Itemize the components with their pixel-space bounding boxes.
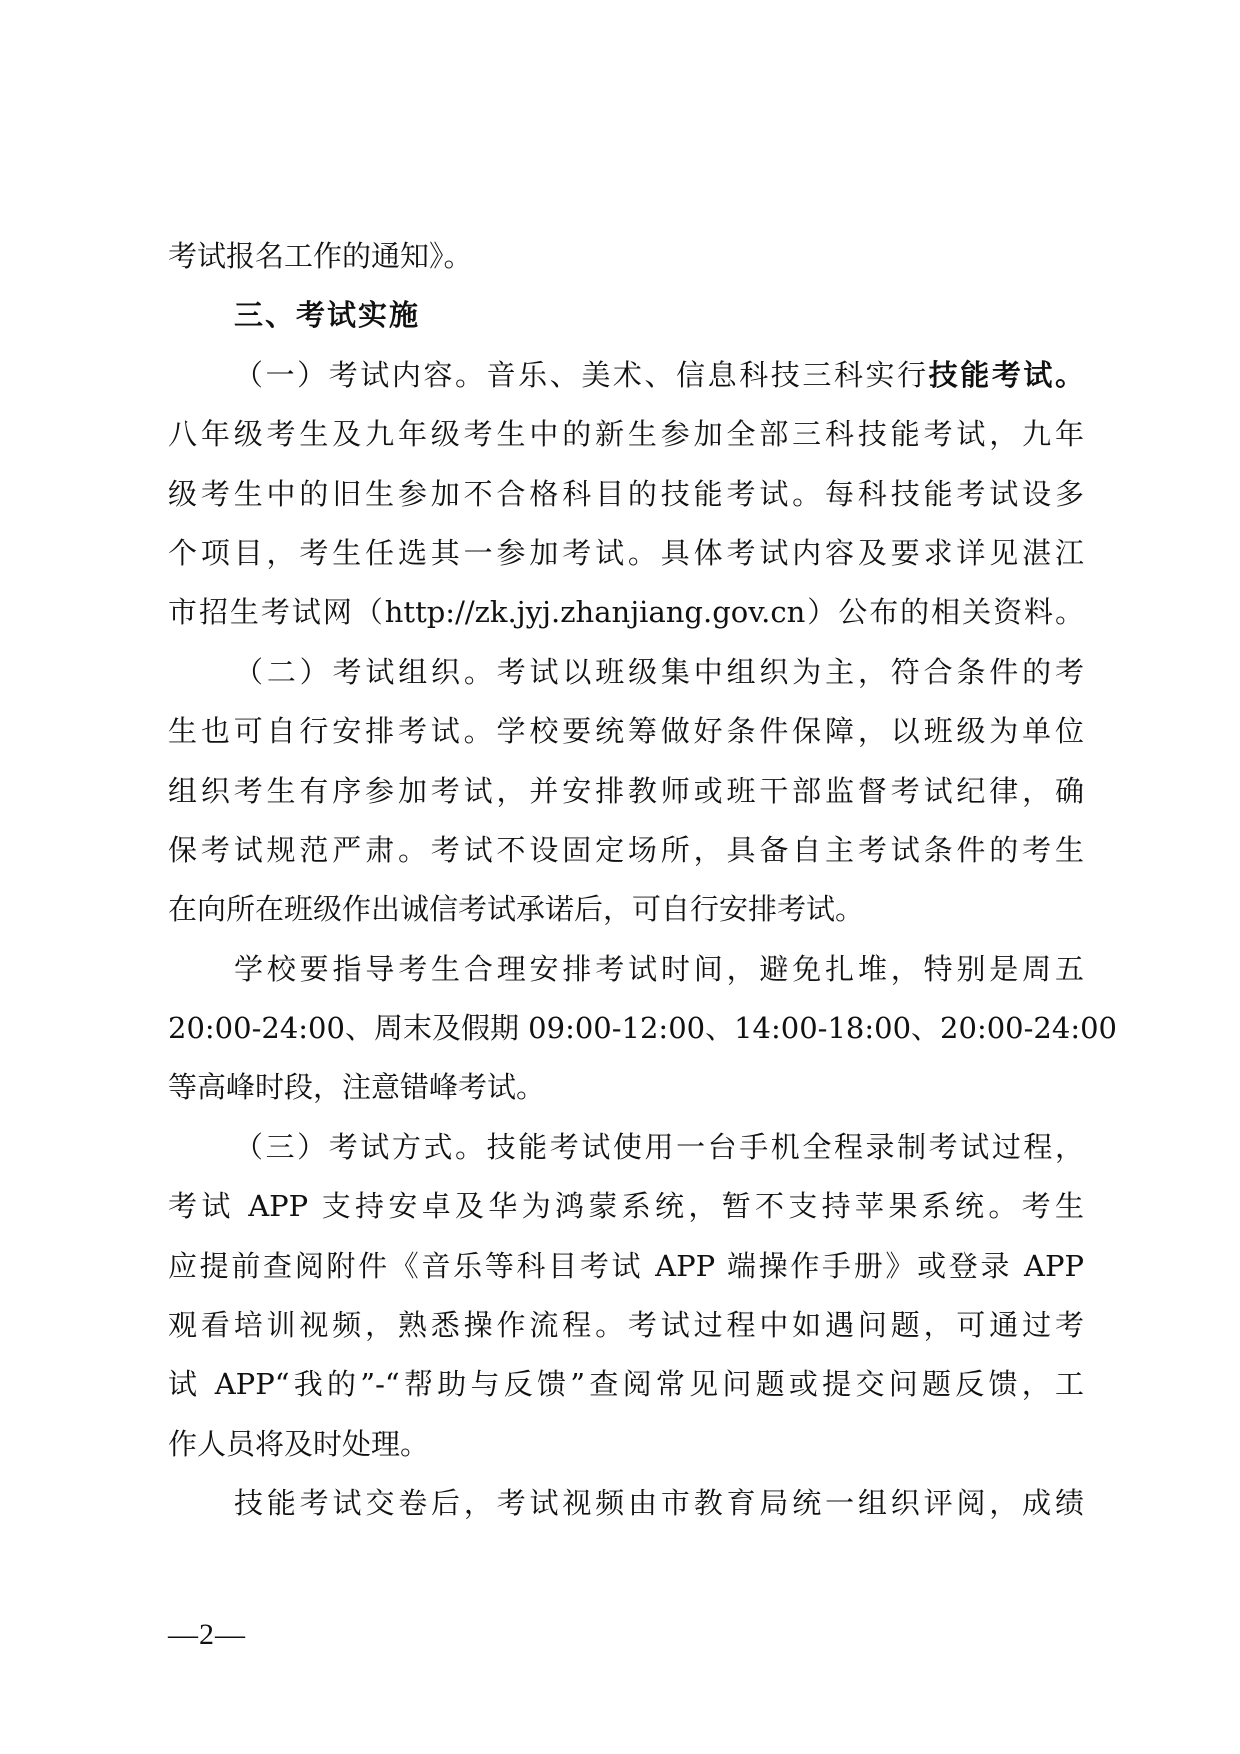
paragraph-line: 保考试规范严肃。考试不设固定场所，具备自主考试条件的考生 — [168, 821, 1084, 880]
paragraph-line-continuation: 考试报名工作的通知》。 — [168, 227, 1084, 286]
paragraph-line: 作人员将及时处理。 — [168, 1415, 1084, 1474]
exam-content-text: （一）考试内容。音乐、美术、信息科技三科实行 — [234, 358, 929, 392]
paragraph-line-schedule: 学校要指导考生合理安排考试时间，避免扎堆，特别是周五 — [168, 940, 1084, 999]
document-body: 考试报名工作的通知》。 三、考试实施 （一）考试内容。音乐、美术、信息科技三科实… — [168, 227, 1084, 1534]
paragraph-line: 生也可自行安排考试。学校要统筹做好条件保障，以班级为单位 — [168, 702, 1084, 761]
paragraph-line: 八年级考生及九年级考生中的新生参加全部三科技能考试，九年 — [168, 405, 1084, 464]
skill-exam-emphasis: 技能考试。 — [929, 358, 1084, 392]
paragraph-line: 个项目，考生任选其一参加考试。具体考试内容及要求详见湛江 — [168, 524, 1084, 583]
paragraph-line-exam-content: （一）考试内容。音乐、美术、信息科技三科实行技能考试。 — [168, 346, 1084, 405]
document-page: 考试报名工作的通知》。 三、考试实施 （一）考试内容。音乐、美术、信息科技三科实… — [0, 0, 1240, 1754]
section-heading: 三、考试实施 — [168, 286, 1084, 345]
paragraph-line-exam-method: （三）考试方式。技能考试使用一台手机全程录制考试过程， — [168, 1118, 1084, 1177]
paragraph-line: 等高峰时段，注意错峰考试。 — [168, 1058, 1084, 1117]
paragraph-line-url: 市招生考试网（http://zk.jyj.zhanjiang.gov.cn）公布… — [168, 583, 1084, 642]
paragraph-line-peak-times: 20:00-24:00、周末及假期 09:00-12:00、14:00-18:0… — [168, 999, 1084, 1058]
page-number: —2— — [168, 1618, 246, 1652]
paragraph-line: 组织考生有序参加考试，并安排教师或班干部监督考试纪律，确 — [168, 762, 1084, 821]
paragraph-line: 考试 APP 支持安卓及华为鸿蒙系统，暂不支持苹果系统。考生 — [168, 1177, 1084, 1236]
paragraph-line: 试 APP“我的”-“帮助与反馈”查阅常见问题或提交问题反馈，工 — [168, 1355, 1084, 1414]
paragraph-line-exam-organization: （二）考试组织。考试以班级集中组织为主，符合条件的考 — [168, 643, 1084, 702]
paragraph-line: 观看培训视频，熟悉操作流程。考试过程中如遇问题，可通过考 — [168, 1296, 1084, 1355]
paragraph-line: 应提前查阅附件《音乐等科目考试 APP 端操作手册》或登录 APP — [168, 1237, 1084, 1296]
paragraph-line-grading: 技能考试交卷后，考试视频由市教育局统一组织评阅，成绩 — [168, 1474, 1084, 1533]
paragraph-line: 级考生中的旧生参加不合格科目的技能考试。每科技能考试设多 — [168, 465, 1084, 524]
paragraph-line: 在向所在班级作出诚信考试承诺后，可自行安排考试。 — [168, 880, 1084, 939]
